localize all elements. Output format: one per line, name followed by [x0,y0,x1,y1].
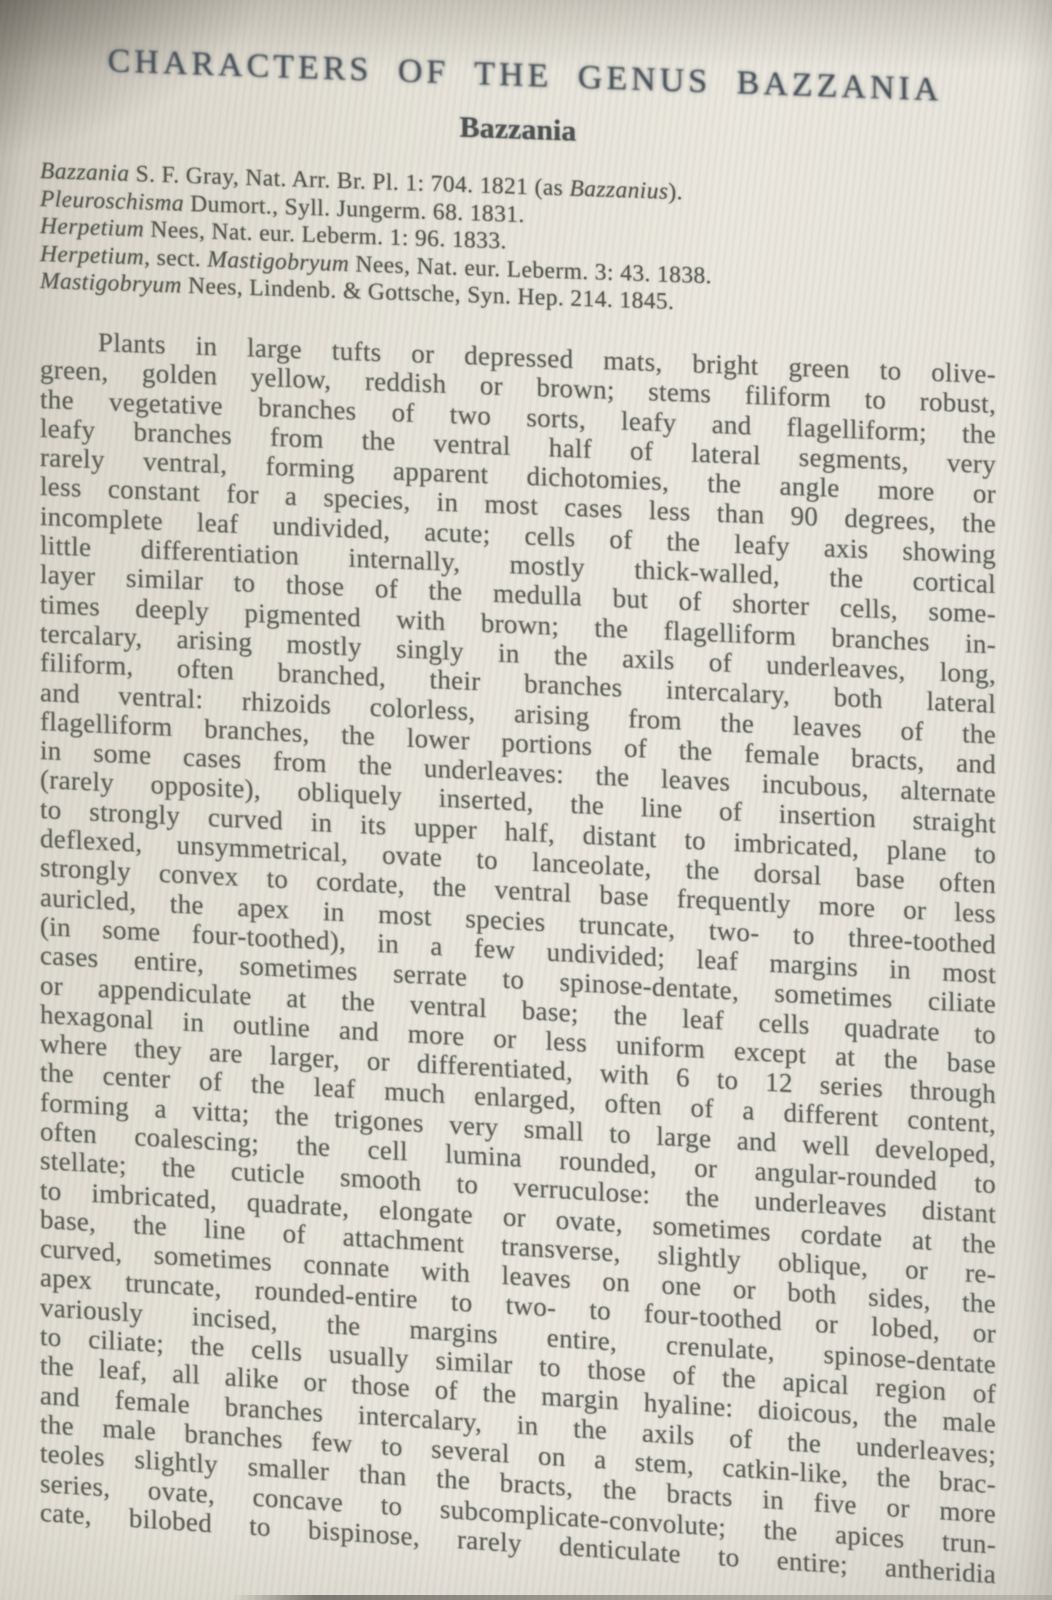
book-page-photo: CHARACTERS OF THE GENUS BAZZANIA Bazzani… [0,0,1052,1600]
body-paragraph: Plants in large tufts or depressed mats,… [40,326,996,1527]
page-content: CHARACTERS OF THE GENUS BAZZANIA Bazzani… [0,0,1052,1600]
synonymy-list: Bazzania S. F. Gray, Nat. Arr. Br. Pl. 1… [40,158,996,296]
